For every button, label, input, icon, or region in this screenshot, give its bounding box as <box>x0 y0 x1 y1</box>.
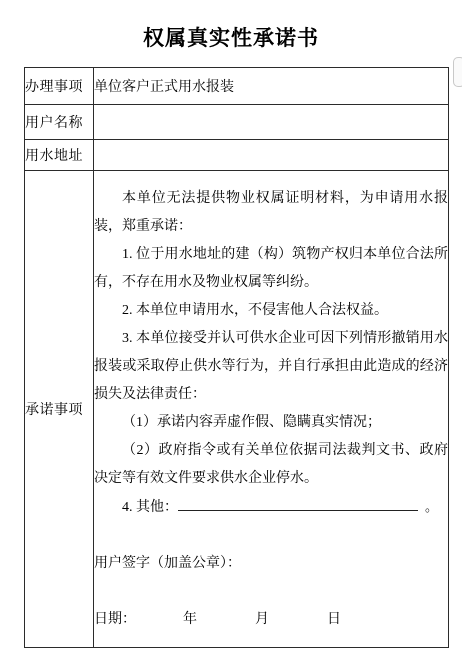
table-row: 承诺事项 本单位无法提供物业权属证明材料，为申请用水报装，郑重承诺： 1. 位于… <box>25 171 449 648</box>
date-year-label: 年 <box>183 612 197 627</box>
other-blank-field[interactable] <box>178 495 418 511</box>
table-row: 办理事项 单位客户正式用水报装 <box>25 68 449 105</box>
date-day-label: 日 <box>327 612 341 627</box>
value-water-address-field[interactable] <box>94 140 449 171</box>
other-item-suffix: 。 <box>425 499 438 514</box>
commitment-paragraph-3: 3. 本单位接受并认可供水企业可因下列情形撤销用水报装或采取停止供水等行为，并自… <box>94 325 448 409</box>
label-processing-item: 办理事项 <box>25 68 94 105</box>
commitment-paragraph-intro: 本单位无法提供物业权属证明材料，为申请用水报装，郑重承诺： <box>94 185 448 241</box>
signature-line: 用户签字（加盖公章）： <box>94 550 448 578</box>
date-line: 日期：年月日 <box>94 606 448 634</box>
other-item-line: 4. 其他：。 <box>94 493 448 522</box>
date-label: 日期： <box>94 612 136 627</box>
other-item-label: 4. 其他： <box>122 500 178 515</box>
table-row: 用水地址 <box>25 140 449 171</box>
commitment-paragraph-1: 1. 位于用水地址的建（构）筑物产权归本单位合法所有，不存在用水及物业权属等纠纷… <box>94 241 448 297</box>
commitment-paragraph-2: 2. 本单位申请用水，不侵害他人合法权益。 <box>94 297 448 325</box>
commitment-subitem-2: （2）政府指令或有关单位依据司法裁判文书、政府决定等有效文件要求供水企业停水。 <box>94 437 448 493</box>
commitment-content-cell: 本单位无法提供物业权属证明材料，为申请用水报装，郑重承诺： 1. 位于用水地址的… <box>94 171 449 648</box>
label-water-address: 用水地址 <box>25 140 94 171</box>
commitment-subitem-1: （1）承诺内容弄虚作假、隐瞒真实情况； <box>94 409 448 437</box>
commitment-body: 本单位无法提供物业权属证明材料，为申请用水报装，郑重承诺： 1. 位于用水地址的… <box>94 185 448 634</box>
commitment-form-table: 办理事项 单位客户正式用水报装 用户名称 用水地址 承诺事项 本单位无法提供物业… <box>24 67 449 648</box>
scrollbar-thumb[interactable] <box>453 57 462 87</box>
value-processing-item: 单位客户正式用水报装 <box>94 68 449 105</box>
table-row: 用户名称 <box>25 105 449 140</box>
label-user-name: 用户名称 <box>25 105 94 140</box>
label-commitment-items: 承诺事项 <box>25 171 94 648</box>
page-title: 权属真实性承诺书 <box>0 22 462 52</box>
date-month-label: 月 <box>255 612 269 627</box>
value-user-name-field[interactable] <box>94 105 449 140</box>
